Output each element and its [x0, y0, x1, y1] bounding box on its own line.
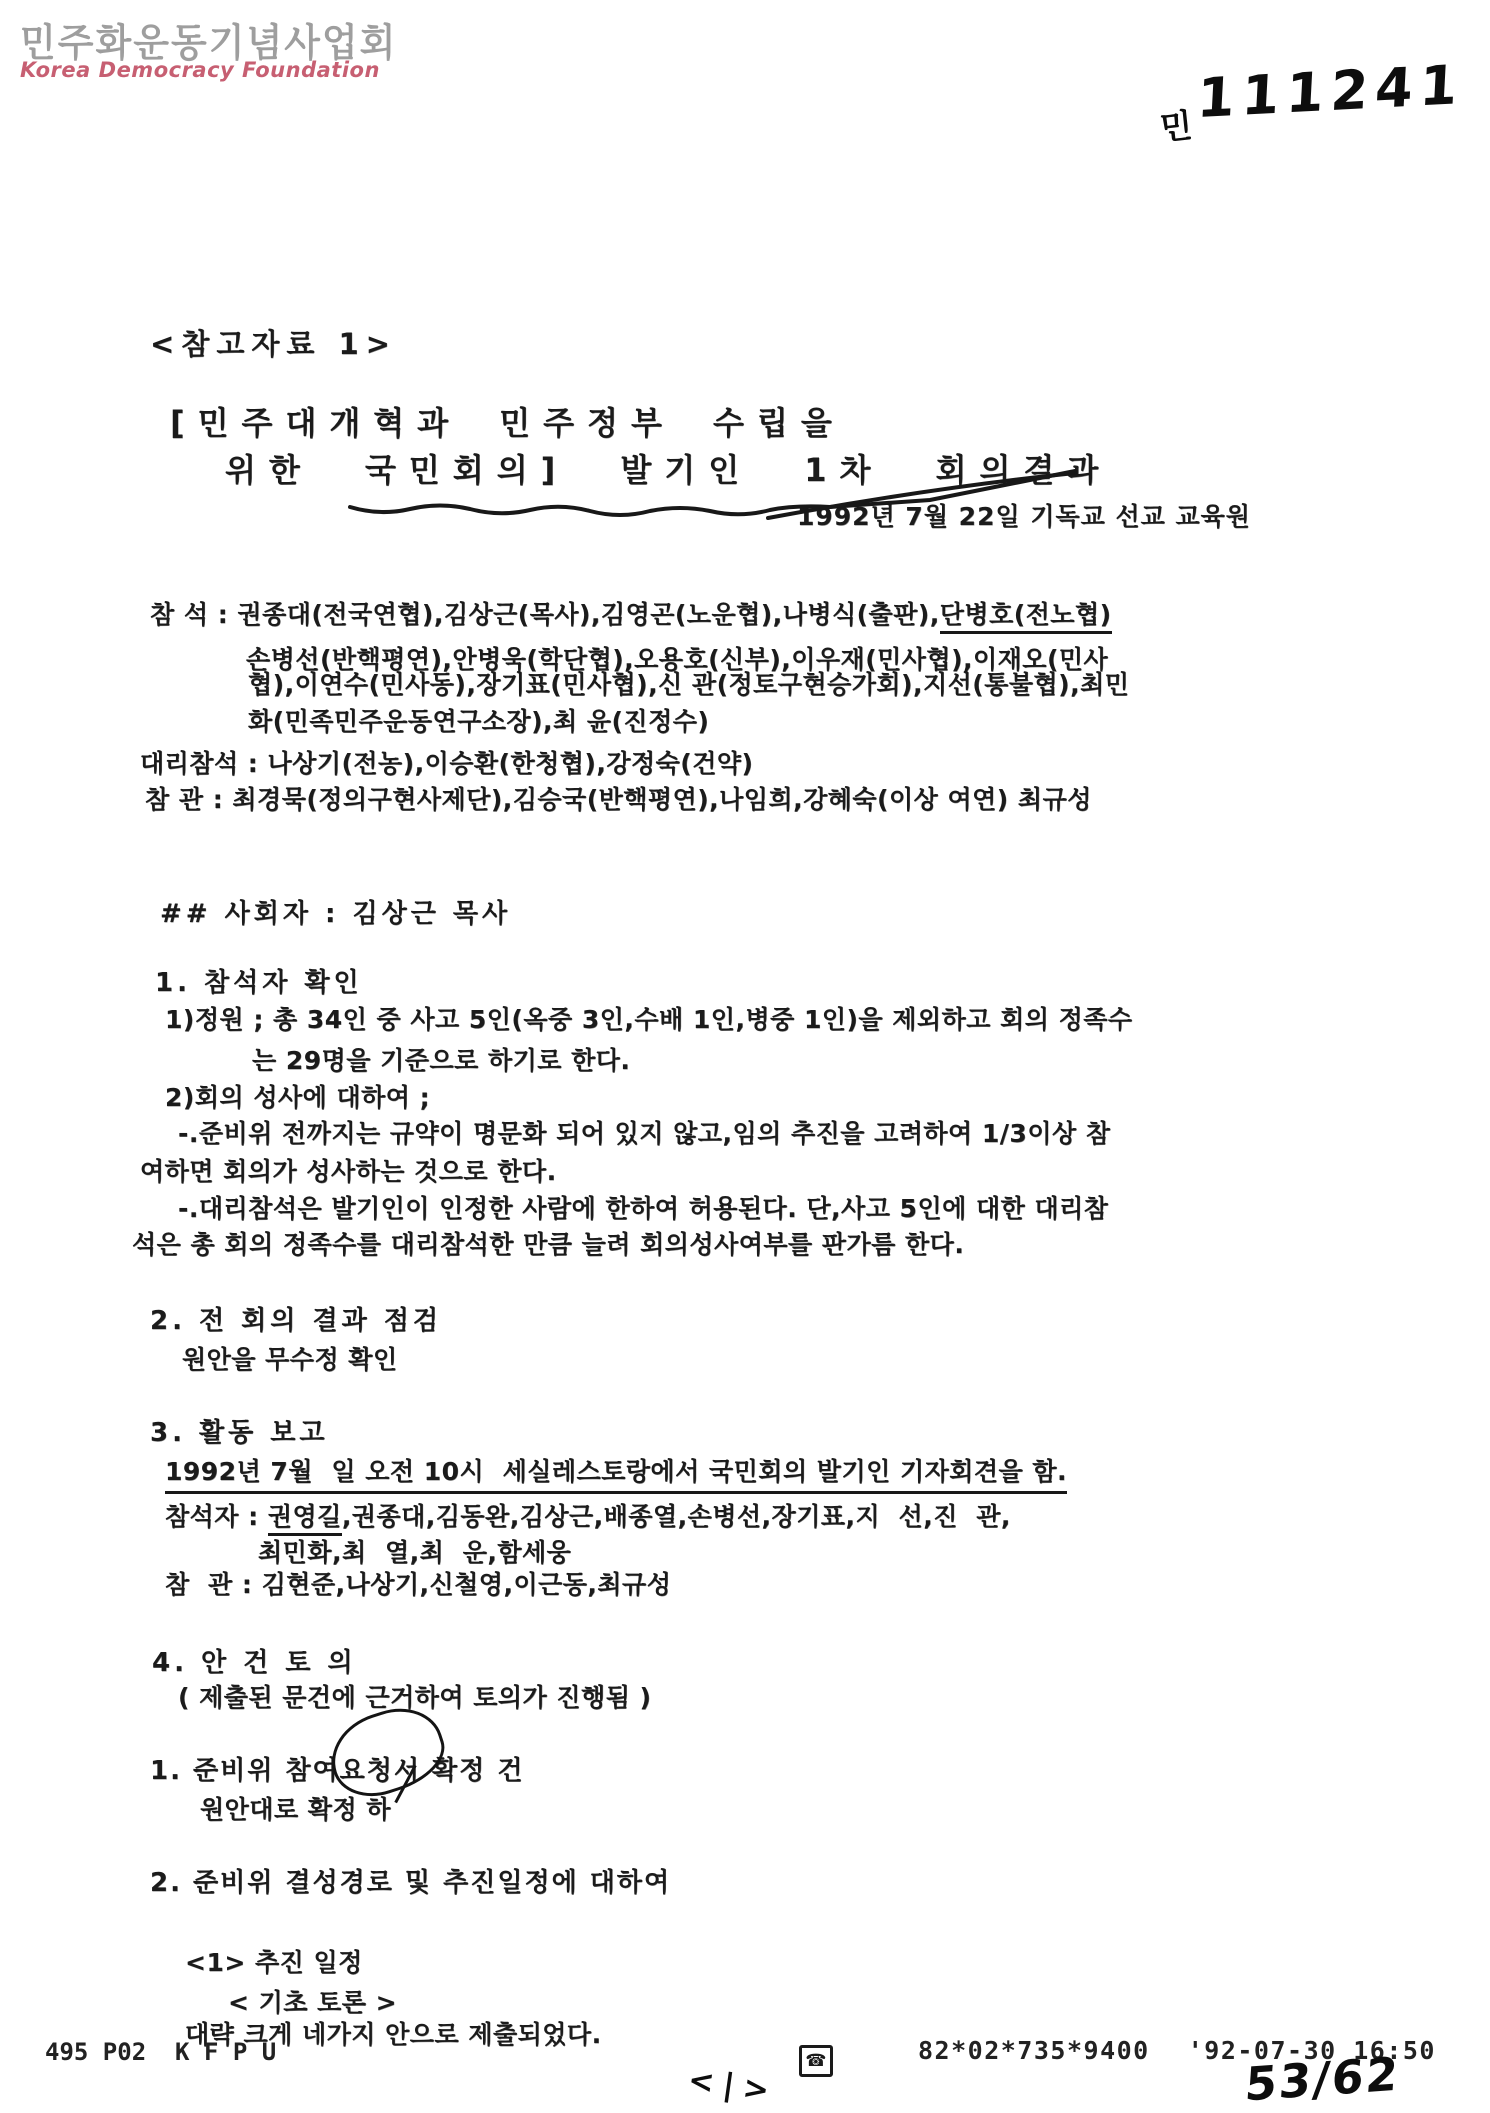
attendees-label: 참석자 :: [165, 1502, 268, 1531]
fax-number: 82*02*735*9400: [918, 2036, 1150, 2065]
validity-line-1: -.준비위 전까지는 규약이 명문화 되어 있지 않고,임의 추진을 고려하여 …: [178, 1114, 1110, 1150]
section-2-heading: 2. 전 회의 결과 점검: [150, 1300, 442, 1337]
activity-report-line: 1992년 7월 일 오전 10시 세실레스토랑에서 국민회의 발기인 기자회견…: [165, 1452, 1067, 1488]
doc-number-handwritten: 민 111241: [1160, 60, 1465, 123]
attendees-line: 참석자 : 권영길,권종대,김동완,김상근,배종열,손병선,장기표,지 선,진 …: [165, 1497, 1011, 1533]
attendance-present-label: 참 석 :: [150, 600, 237, 629]
validity-line-4: 석은 총 회의 정족수를 대리참석한 만큼 늘려 회의성사여부를 판가름 한다.: [132, 1225, 964, 1261]
foundation-logo-english: Korea Democracy Foundation: [20, 58, 380, 82]
attendance-observer-line: 참 관 : 최경묵(정의구현사제단),김승국(반핵평연),나임희,강혜숙(이상 …: [145, 780, 1092, 816]
discussion-note: ( 제출된 문건에 근거하여 토의가 진행됨 ): [178, 1678, 651, 1714]
page-number-handwritten: 53/62: [1243, 2046, 1401, 2111]
attendance-present-line-1: 참 석 : 권종대(전국연협),김상근(목사),김영곤(노운협),나병식(출판)…: [150, 595, 1112, 631]
agenda-item-1-body: 원안대로 확정 하: [200, 1790, 391, 1826]
section-1-heading: 1. 참석자 확인: [155, 962, 363, 999]
doc-number-prefix: 민: [1158, 99, 1195, 149]
moderator-line: ## 사회자 : 김상근 목사: [160, 893, 511, 930]
attendees-line-2: 최민화,최 열,최 운,함세웅: [258, 1533, 571, 1569]
section-3-heading: 3. 활동 보고: [150, 1412, 329, 1449]
attendance-present-underlined-name: 단병호(전노협): [940, 600, 1112, 634]
fax-footer-left: 495 P02 K F P U: [45, 2038, 276, 2066]
attendance-present-line-4: 화(민족민주운동연구소장),최 윤(진정수): [248, 702, 709, 738]
section-2-body: 원안을 무수정 확인: [182, 1340, 398, 1376]
attendance-present-names: 권종대(전국연협),김상근(목사),김영곤(노운협),나병식(출판),: [237, 600, 939, 629]
quorum-line-1: 1)정원 ; 총 34인 중 사고 5인(옥중 3인,수배 1인,병중 1인)을…: [165, 1000, 1133, 1036]
doc-number-digits: 111241: [1196, 53, 1466, 130]
agenda-item-2-heading: 2. 준비위 결성경로 및 추진일정에 대하여: [150, 1862, 671, 1899]
validity-line-2: 여하면 회의가 성사하는 것으로 한다.: [140, 1152, 557, 1188]
title-line-2: 위한 국민회의] 발기인 1차 회의결과: [225, 445, 1111, 491]
attendees-underlined-name: 권영길: [268, 1502, 342, 1536]
validity-heading: 2)회의 성사에 대하여 ;: [165, 1078, 430, 1114]
document-page: 민주화운동기념사업회 Korea Democracy Foundation 민 …: [0, 0, 1490, 2113]
attendance-proxy-line: 대리참석 : 나상기(전농),이승환(한청협),강정숙(건약): [140, 744, 753, 780]
activity-report-underlined-text: 1992년 7월 일 오전 10시 세실레스토랑에서 국민회의 발기인 기자회견…: [165, 1457, 1067, 1494]
validity-line-3: -.대리참석은 발기인이 인정한 사람에 한하여 허용된다. 단,사고 5인에 …: [178, 1189, 1108, 1225]
reference-label: <참고자료 1>: [150, 322, 397, 363]
quorum-line-2: 는 29명을 기준으로 하기로 한다.: [252, 1041, 630, 1077]
telephone-icon: ☎: [799, 2045, 833, 2077]
sub-item-1-heading: <1> 추진 일정: [185, 1943, 363, 1979]
sub-item-1-subheading: < 기초 토론 >: [228, 1983, 397, 2019]
telephone-icon-glyph: ☎: [805, 2051, 826, 2071]
attendance-present-line-3: 협),이연수(민사동),장기표(민사협),신 관(정토구현승가회),지선(통불협…: [248, 665, 1129, 701]
page-mark-handwritten: <|>: [686, 2062, 780, 2110]
title-date-location: 1992년 7월 22일 기독교 선교 교육원: [797, 497, 1251, 533]
observers-line: 참 관 : 김현준,나상기,신철영,이근동,최규성: [165, 1565, 671, 1601]
title-line-1: [민주대개혁과 민주정부 수립을: [170, 398, 845, 444]
attendees-names: ,권종대,김동완,김상근,배종열,손병선,장기표,지 선,진 관,: [342, 1502, 1011, 1531]
section-4-heading: 4. 안 건 토 의: [152, 1642, 357, 1679]
